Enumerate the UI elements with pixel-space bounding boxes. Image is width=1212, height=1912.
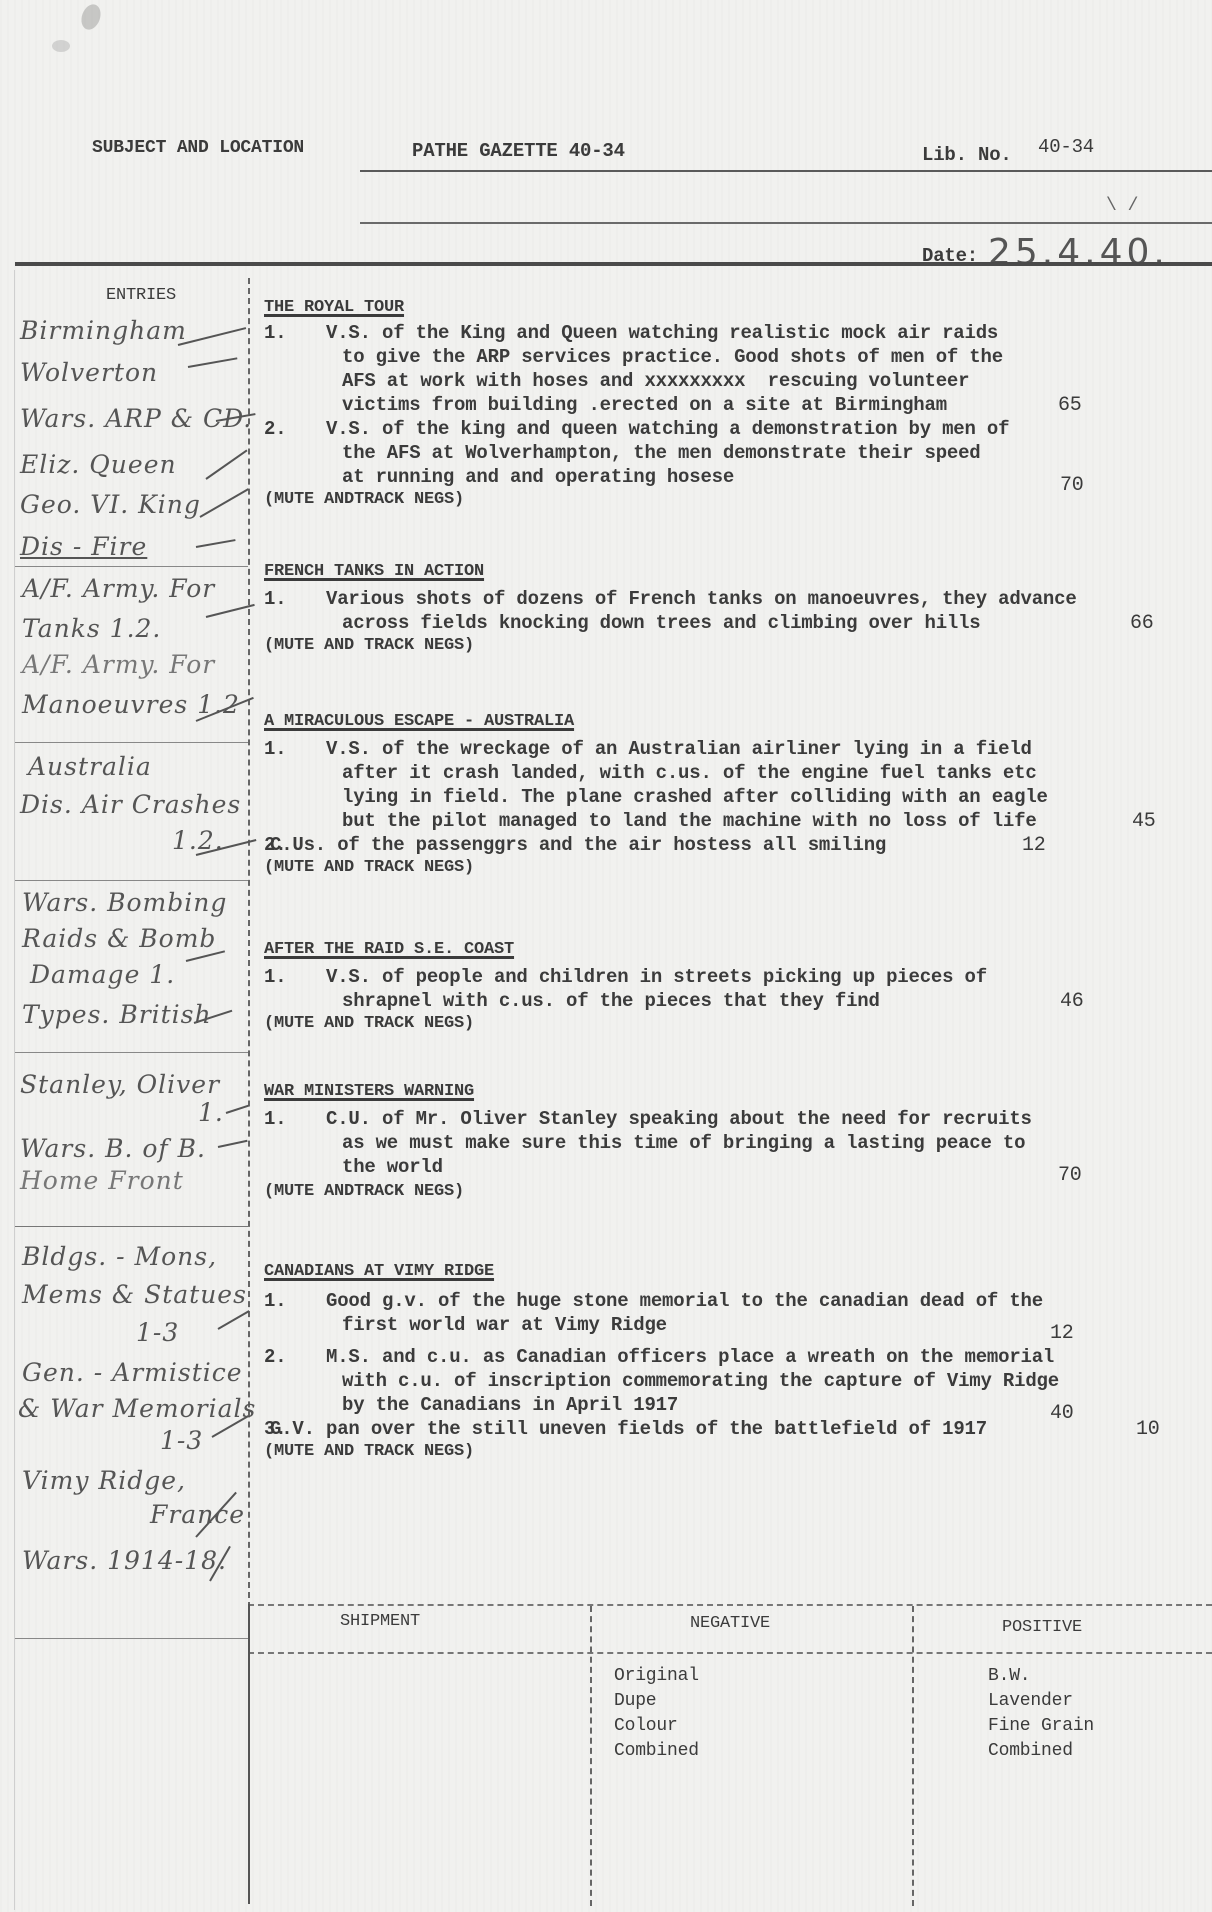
item-text-line: to give the ARP services practice. Good … xyxy=(342,346,1003,368)
entry-line: 1. xyxy=(198,1098,224,1127)
item-text-line: lying in field. The plane crashed after … xyxy=(342,786,1048,808)
story-title: AFTER THE RAID S.E. COAST xyxy=(264,940,514,959)
item-text-line: V.S. of the King and Queen watching real… xyxy=(326,322,998,344)
footage-count: 66 xyxy=(1130,612,1154,635)
footage-count: 12 xyxy=(1022,834,1046,857)
entry-line: Damage 1. xyxy=(30,960,175,989)
negative-option-combined: Combined xyxy=(614,1741,699,1761)
entry-separator xyxy=(15,742,248,743)
story-title: THE ROYAL TOUR xyxy=(264,298,404,317)
entry-line: A/F. Army. For xyxy=(22,574,215,603)
item-text-line: V.S. of the wreckage of an Australian ai… xyxy=(326,738,1032,760)
item-text-line: but the pilot managed to land the machin… xyxy=(342,810,1037,832)
footer-rule-top xyxy=(248,1604,1212,1606)
entry-separator xyxy=(15,566,248,567)
item-number: 2. xyxy=(264,418,286,440)
footer-rule-mid xyxy=(248,1652,1212,1654)
positive-option-combined: Combined xyxy=(988,1741,1073,1761)
header-rule-1 xyxy=(360,170,1212,172)
entry-line: Mems & Statues xyxy=(22,1280,247,1309)
item-text-line: with c.u. of inscription commemorating t… xyxy=(342,1370,1059,1392)
item-text-line: as we must make sure this time of bringi… xyxy=(342,1132,1025,1154)
item-text-line: AFS at work with hoses and xxxxxxxxx res… xyxy=(342,370,969,392)
check-tick xyxy=(218,1310,250,1330)
entry-line: Wars. Bombing xyxy=(22,888,227,917)
check-tick xyxy=(218,1140,248,1148)
entry-line: Vimy Ridge, xyxy=(22,1466,186,1495)
item-text-line: by the Canadians in April 1917 xyxy=(342,1394,678,1416)
entry-line: 1-3 xyxy=(136,1318,179,1347)
entry-line: Home Front xyxy=(20,1166,184,1195)
header-rule-2 xyxy=(360,222,1212,224)
footage-count: 70 xyxy=(1060,474,1084,497)
entry-line: Bldgs. - Mons, xyxy=(22,1242,217,1271)
entry-line: Wars. 1914-18. xyxy=(22,1546,227,1575)
lib-no-value: 40-34 xyxy=(1038,136,1094,158)
entry-line: Wars. ARP & CD. xyxy=(20,404,252,433)
item-text-line: G.V. pan over the still uneven fields of… xyxy=(270,1418,987,1440)
story-title: FRENCH TANKS IN ACTION xyxy=(264,562,484,581)
footage-count: 65 xyxy=(1058,394,1082,417)
footage-count: 10 xyxy=(1136,1418,1160,1441)
entry-line: & War Memorials xyxy=(18,1394,256,1423)
entry-line: Australia xyxy=(28,752,152,781)
footage-count: 40 xyxy=(1050,1402,1074,1425)
item-text-line: across fields knocking down trees and cl… xyxy=(342,612,981,634)
negs-note: (MUTE AND TRACK NEGS) xyxy=(264,636,474,655)
entry-separator xyxy=(15,1052,248,1053)
item-number: 1. xyxy=(264,588,286,610)
footage-count: 46 xyxy=(1060,990,1084,1013)
footage-count: 45 xyxy=(1132,810,1156,833)
positive-option-fine-grain: Fine Grain xyxy=(988,1716,1094,1736)
entry-line: Wars. B. of B. xyxy=(20,1134,206,1163)
item-text-line: first world war at Vimy Ridge xyxy=(342,1314,667,1336)
item-text-line: the world xyxy=(342,1156,443,1178)
entry-separator xyxy=(15,880,248,881)
item-text-line: V.S. of people and children in streets p… xyxy=(326,966,987,988)
item-text-line: shrapnel with c.us. of the pieces that t… xyxy=(342,990,880,1012)
item-text-line: after it crash landed, with c.us. of the… xyxy=(342,762,1037,784)
check-tick xyxy=(188,357,238,368)
entry-line: Geo. VI. King xyxy=(20,490,201,519)
item-text-line: the AFS at Wolverhampton, the men demons… xyxy=(342,442,981,464)
entry-line: Birmingham xyxy=(20,316,187,345)
positive-option-lavender: Lavender xyxy=(988,1691,1073,1711)
negative-label: NEGATIVE xyxy=(690,1614,770,1633)
negs-note: (MUTE AND TRACK NEGS) xyxy=(264,1014,474,1033)
page-left-edge xyxy=(14,270,15,1910)
footer-col-divider-2 xyxy=(912,1606,914,1906)
gazette-title: PATHE GAZETTE 40-34 xyxy=(412,140,625,162)
story-title: A MIRACULOUS ESCAPE - AUSTRALIA xyxy=(264,712,574,731)
entry-line: Dis. Air Crashes xyxy=(20,790,241,819)
check-tick xyxy=(196,539,236,548)
entry-separator xyxy=(15,1226,248,1227)
positive-option-bw: B.W. xyxy=(988,1666,1030,1686)
item-text-line: M.S. and c.u. as Canadian officers place… xyxy=(326,1346,1054,1368)
item-number: 1. xyxy=(264,738,286,760)
negs-note: (MUTE AND TRACK NEGS) xyxy=(264,858,474,877)
check-tick xyxy=(200,488,249,518)
item-number: 1. xyxy=(264,1108,286,1130)
check-tick xyxy=(226,1105,249,1114)
item-text-line: C.Us. of the passenggrs and the air host… xyxy=(270,834,886,856)
item-number: 1. xyxy=(264,966,286,988)
item-text-line: at running and and operating hosese xyxy=(342,466,734,488)
entry-line: Types. British xyxy=(22,1000,212,1029)
negs-note: (MUTE ANDTRACK NEGS) xyxy=(264,490,464,509)
entry-line: Wolverton xyxy=(20,358,158,387)
footage-count: 12 xyxy=(1050,1322,1074,1345)
footer-col-divider-0 xyxy=(248,1604,250,1904)
check-tick xyxy=(178,327,246,346)
story-title: CANADIANS AT VIMY RIDGE xyxy=(264,1262,494,1281)
check-tick xyxy=(205,450,247,480)
item-number: 1. xyxy=(264,322,286,344)
story-title: WAR MINISTERS WARNING xyxy=(264,1082,474,1101)
item-text-line: victims from building .erected on a site… xyxy=(342,394,947,416)
lib-no-label: Lib. No. xyxy=(922,144,1012,166)
entry-line: Eliz. Queen xyxy=(20,450,177,479)
item-text-line: Various shots of dozens of French tanks … xyxy=(326,588,1077,610)
entry-line: 1-3 xyxy=(160,1426,203,1455)
entry-line: France xyxy=(150,1500,245,1529)
shipment-label: SHIPMENT xyxy=(340,1612,420,1631)
negative-option-colour: Colour xyxy=(614,1716,678,1736)
entry-line: Dis - Fire xyxy=(20,532,147,561)
header-main-rule xyxy=(15,262,1212,266)
footage-count: 70 xyxy=(1058,1164,1082,1187)
item-text-line: V.S. of the king and queen watching a de… xyxy=(326,418,1009,440)
ink-mark xyxy=(52,40,70,52)
date-value: 25.4.40. xyxy=(988,232,1169,273)
footer-col-divider-1 xyxy=(590,1606,592,1906)
item-number: 1. xyxy=(264,1290,286,1312)
positive-label: POSITIVE xyxy=(1002,1618,1082,1637)
negative-option-original: Original xyxy=(614,1666,699,1686)
subject-location-label: SUBJECT AND LOCATION xyxy=(92,138,304,158)
entry-line: A/F. Army. For xyxy=(22,650,215,679)
ink-smudge xyxy=(78,2,104,33)
item-number: 2. xyxy=(264,1346,286,1368)
item-text-line: C.U. of Mr. Oliver Stanley speaking abou… xyxy=(326,1108,1032,1130)
negs-note: (MUTE AND TRACK NEGS) xyxy=(264,1442,474,1461)
check-mark: \ / xyxy=(1106,196,1138,216)
negs-note: (MUTE ANDTRACK NEGS) xyxy=(264,1182,464,1201)
entry-line: Tanks 1.2. xyxy=(22,614,161,643)
entry-separator xyxy=(15,1638,248,1639)
negative-option-dupe: Dupe xyxy=(614,1691,656,1711)
entry-line: Gen. - Armistice xyxy=(22,1358,243,1387)
entries-header: ENTRIES xyxy=(106,286,176,305)
entry-line: Raids & Bomb xyxy=(22,924,216,953)
entry-line: Stanley, Oliver xyxy=(20,1070,220,1099)
item-text-line: Good g.v. of the huge stone memorial to … xyxy=(326,1290,1043,1312)
